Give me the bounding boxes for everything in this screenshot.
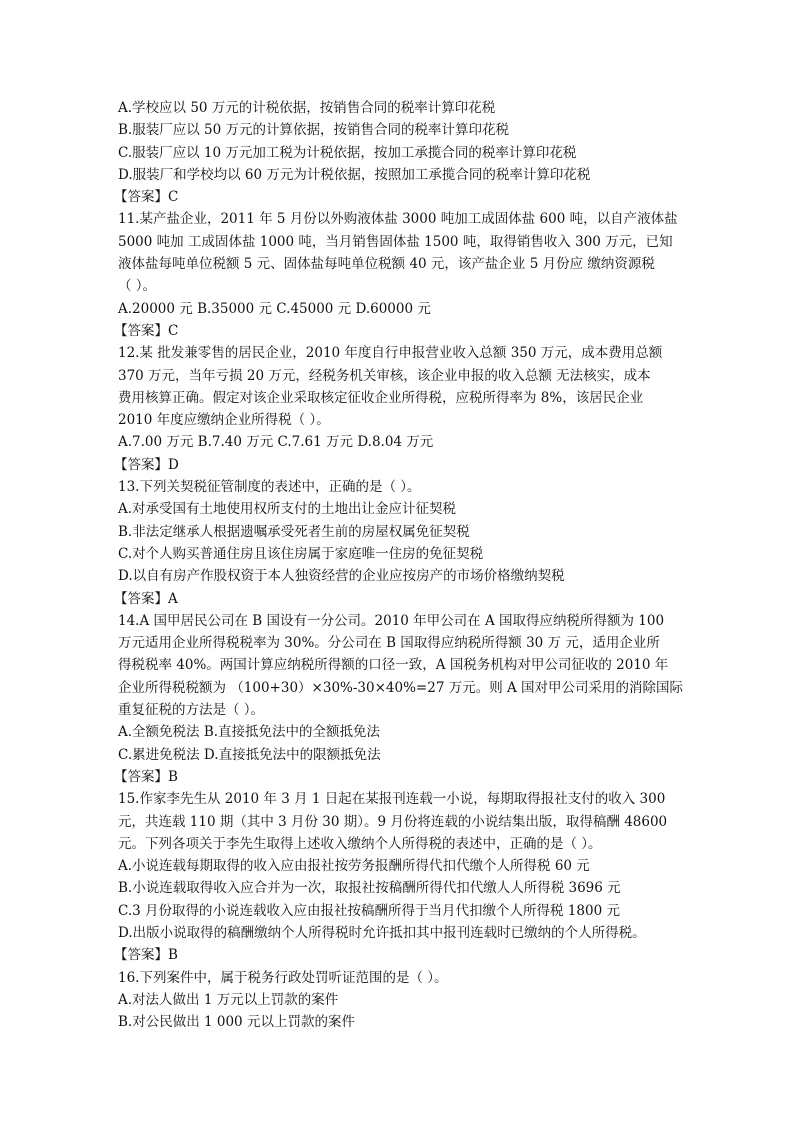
question-12: 12.某 批发兼零售的居民企业，2010 年度自行申报营业收入总额 350 万元… [118, 342, 688, 476]
option-b: B.对公民做出 1 000 元以上罚款的案件 [118, 1011, 688, 1033]
option-d: D.以自有房产作股权资于本人独资经营的企业应按房产的市场价格缴纳契税 [118, 565, 688, 587]
options: A.20000 元 B.35000 元 C.45000 元 D.60000 元 [118, 298, 688, 320]
question-text: 万元适用企业所得税税率为 30%。分公司在 B 国取得应纳税所得额 30 万 元… [118, 632, 688, 654]
option-d: D.服装厂和学校均以 60 万元为计税依据，按照加工承揽合同的税率计算印花税 [118, 164, 688, 186]
question-text: 元，共连载 110 期（其中 3 月份 30 期）。9 月份将连载的小说结集出版… [118, 811, 688, 833]
option-c: C.对个人购买普通住房且该住房属于家庭唯一住房的免征契税 [118, 543, 688, 565]
option-a: A.学校应以 50 万元的计税依据，按销售合同的税率计算印花税 [118, 97, 688, 119]
question-text: 16.下列案件中，属于税务行政处罚听证范围的是（ ）。 [118, 967, 688, 989]
question-text: 5000 吨加 工成固体盐 1000 吨，当月销售固体盐 1500 吨，取得销售… [118, 231, 688, 253]
question-text: 费用核算正确。假定对该企业采取核定征收企业所得税，应税所得率为 8%，该居民企业 [118, 387, 688, 409]
document-page: A.学校应以 50 万元的计税依据，按销售合同的税率计算印花税 B.服装厂应以 … [118, 97, 688, 1033]
question-14: 14.A 国甲居民公司在 B 国设有一分公司。2010 年甲公司在 A 国取得应… [118, 610, 688, 788]
answer: 【答案】C [114, 186, 688, 208]
question-text: 液体盐每吨单位税额 5 元、固体盐每吨单位税额 40 元，该产盐企业 5 月份应… [118, 253, 688, 275]
question-15: 15.作家李先生从 2010 年 3 月 1 日起在某报刊连载一小说，每期取得报… [118, 788, 688, 966]
option-b: B.服装厂应以 50 万元的计算依据，按销售合同的税率计算印花税 [118, 119, 688, 141]
options-cd: C.累进免税法 D.直接抵免法中的限额抵免法 [118, 744, 688, 766]
answer: 【答案】D [114, 454, 688, 476]
question-text: 14.A 国甲居民公司在 B 国设有一分公司。2010 年甲公司在 A 国取得应… [118, 610, 688, 632]
question-text: 重复征税的方法是（ ）。 [118, 699, 688, 721]
question-text: 2010 年度应缴纳企业所得税（ ）。 [118, 409, 688, 431]
option-b: B.小说连载取得收入应合并为一次，取报社按稿酬所得代扣代缴人人所得税 3696 … [118, 877, 688, 899]
option-c: C.服装厂应以 10 万元加工税为计税依据，按加工承揽合同的税率计算印花税 [118, 142, 688, 164]
question-text: 12.某 批发兼零售的居民企业，2010 年度自行申报营业收入总额 350 万元… [118, 342, 688, 364]
option-a: A.对法人做出 1 万元以上罚款的案件 [118, 989, 688, 1011]
option-c: C.3 月份取得的小说连载收入应由报社按稿酬所得于当月代扣缴个人所得税 1800… [118, 900, 688, 922]
question-11: 11.某产盐企业，2011 年 5 月份以外购液体盐 3000 吨加工成固体盐 … [118, 208, 688, 342]
question-text: 13.下列关契税征管制度的表述中，正确的是（ ）。 [118, 476, 688, 498]
answer: 【答案】B [114, 944, 688, 966]
answer: 【答案】B [114, 766, 688, 788]
answer: 【答案】A [114, 588, 688, 610]
question-16: 16.下列案件中，属于税务行政处罚听证范围的是（ ）。 A.对法人做出 1 万元… [118, 967, 688, 1034]
option-a: A.小说连载每期取得的收入应由报社按劳务报酬所得代扣代缴个人所得税 60 元 [118, 855, 688, 877]
question-text: 元。下列各项关于李先生取得上述收入缴纳个人所得税的表述中，正确的是（ ）。 [118, 833, 688, 855]
question-text: 15.作家李先生从 2010 年 3 月 1 日起在某报刊连载一小说，每期取得报… [118, 788, 688, 810]
question-10-options: A.学校应以 50 万元的计税依据，按销售合同的税率计算印花税 B.服装厂应以 … [118, 97, 688, 208]
question-text: （ ）。 [118, 275, 688, 297]
question-13: 13.下列关契税征管制度的表述中，正确的是（ ）。 A.对承受国有土地使用权所支… [118, 476, 688, 610]
question-text: 企业所得税税额为 （100+30）×30%-30×40%=27 万元。则 A 国… [118, 677, 688, 699]
option-b: B.非法定继承人根据遗嘱承受死者生前的房屋权属免征契税 [118, 521, 688, 543]
option-d: D.出版小说取得的稿酬缴纳个人所得税时允许抵扣其中报刊连载时已缴纳的个人所得税。 [118, 922, 688, 944]
option-a: A.对承受国有土地使用权所支付的土地出让金应计征契税 [118, 498, 688, 520]
answer: 【答案】C [114, 320, 688, 342]
question-text: 得税税率 40%。两国计算应纳税所得额的口径一致，A 国税务机构对甲公司征收的 … [118, 654, 688, 676]
options: A.7.00 万元 B.7.40 万元 C.7.61 万元 D.8.04 万元 [118, 431, 688, 453]
question-text: 370 万元，当年亏损 20 万元，经税务机关审核，该企业申报的收入总额 无法核… [118, 365, 688, 387]
options-ab: A.全额免税法 B.直接抵免法中的全额抵免法 [118, 721, 688, 743]
question-text: 11.某产盐企业，2011 年 5 月份以外购液体盐 3000 吨加工成固体盐 … [118, 208, 688, 230]
